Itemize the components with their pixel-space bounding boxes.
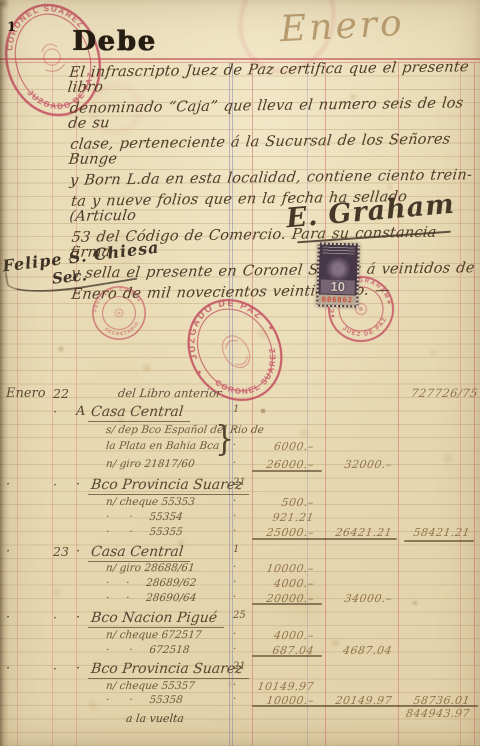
sum-line <box>252 603 322 605</box>
ledger-folio-ditto: · <box>233 511 236 522</box>
sum-line <box>252 705 478 707</box>
ledger-amount: 10000.– <box>249 562 315 575</box>
ledger-folio-ditto: · <box>233 458 236 469</box>
ledger-folio-ditto: · <box>233 629 236 640</box>
ledger-month: Enero <box>6 386 46 401</box>
ledger-page-scan: 1 Debe Enero El infrascripto Juez de Paz… <box>0 0 480 746</box>
ledger-month-ditto: · <box>6 661 10 676</box>
ledger-account-title: Casa Central <box>88 404 192 422</box>
ledger-description: · · 55355 <box>105 526 183 538</box>
ledger-description: · · 55358 <box>105 694 183 706</box>
ledger-row-detail: · · 55354 · 921.21 <box>0 511 480 527</box>
ledger-folio-ditto: · <box>233 694 236 705</box>
ledger-folio-ditto: · <box>233 644 236 655</box>
ledger-account-title: Casa Central <box>88 544 192 562</box>
ledger-folio: 1 <box>233 544 239 555</box>
ledger-prefix: · <box>76 610 80 625</box>
certificate-line: Enero de mil novecientos veinticuatro. — <box>71 281 480 302</box>
ledger-prefix: A <box>76 404 85 419</box>
ledger-description: · · 55354 <box>105 511 183 523</box>
ledger-description: del Libro anterior <box>117 386 222 400</box>
ledger-folio-ditto: · <box>233 680 236 691</box>
ledger-balance: 844943.97 <box>399 707 471 720</box>
ledger-folio: 21 <box>233 477 246 488</box>
ledger-description: la Plata en Bahia Bca <box>105 440 220 452</box>
ledger-day-ditto: · <box>53 477 57 492</box>
ledger-row-detail: · · 28690/64 · 20000.– 34000.– <box>0 592 480 608</box>
certificate-line: El infrascripto Juez de Paz certifica qu… <box>67 59 478 95</box>
ledger-description: · · 28690/64 <box>105 592 197 604</box>
ledger-amount: 921.21 <box>249 511 315 524</box>
foxing-stains <box>0 0 2 2</box>
ledger-month-ditto: · <box>6 544 10 559</box>
ledger-balance: 727726/75 <box>399 386 479 400</box>
ledger-folio: 21 <box>233 661 246 672</box>
ledger-row-detail: la Plata en Bahia Bca · 6000.– <box>0 440 480 456</box>
ledger-subtotal: 32000.– <box>325 458 393 471</box>
ledger-description: n/ cheque 55357 <box>105 680 195 692</box>
ledger-account-title: Bco Provincia Suarez <box>88 661 251 679</box>
ledger-row-detail: n/ giro 28688/61 · 10000.– <box>0 562 480 578</box>
revenue-stamp-fineprint <box>323 247 355 255</box>
ledger-row-detail: · · 28689/62 · 4000.– <box>0 577 480 593</box>
ledger-month-ditto: · <box>6 610 10 625</box>
ledger-row-detail: · · 672518 · 687.04 4687.04 <box>0 644 480 660</box>
revenue-stamp: 10 006062 <box>316 242 360 307</box>
ledger-amount: 4000.– <box>249 577 315 590</box>
ledger-amount: 500.– <box>249 496 315 509</box>
ledger-day-ditto: · <box>53 661 57 676</box>
ledger-row-account: · 23 · Casa Central 1 <box>0 544 480 560</box>
ledger-subtotal: 34000.– <box>325 592 393 605</box>
sum-line <box>252 538 397 540</box>
ledger-description: n/ giro 21817/60 <box>105 458 195 470</box>
ledger-row-account: · · · Bco Provincia Suarez 21 <box>0 661 480 677</box>
ledger-prefix: · <box>76 477 80 492</box>
ledger-row-detail: n/ cheque 55353 · 500.– <box>0 496 480 512</box>
ledger-row-account: · · · Bco Nacion Pigué 25 <box>0 610 480 626</box>
ledger-description: n/ cheque 55353 <box>105 496 195 508</box>
ledger-amount: 6000.– <box>249 440 315 453</box>
certificate-line: y Born L.da en esta localidad, contiene … <box>69 167 479 188</box>
ledger-prefix: · <box>76 661 80 676</box>
ledger-description: · · 28689/62 <box>105 577 197 589</box>
ledger-folio-ditto: · <box>233 577 236 588</box>
ledger-description: s/ dep Bco Español del Rio de <box>105 424 264 436</box>
ledger-description: · · 672518 <box>105 644 190 656</box>
ledger-account-title: Bco Provincia Suarez <box>88 477 251 495</box>
ledger-folio-ditto: · <box>233 440 236 451</box>
ledger-folio-ditto: · <box>233 526 236 537</box>
sum-line <box>252 655 322 657</box>
ledger-subtotal: 4687.04 <box>325 644 393 657</box>
ledger-month-ditto: · <box>6 477 10 492</box>
ledger-folio: 1 <box>233 404 239 415</box>
secretary-title: Sec. <box>51 266 87 288</box>
sum-line <box>404 540 474 542</box>
debit-header: Debe <box>72 26 157 57</box>
ledger-folio-ditto: · <box>233 592 236 603</box>
ledger-total: 58421.21 <box>399 526 471 539</box>
ledger-amount: 10149.97 <box>249 680 315 693</box>
ledger-row-account: · A Casa Central 1 <box>0 404 480 420</box>
revenue-value: 10 <box>319 280 357 295</box>
revenue-serial: 006062 <box>318 294 356 305</box>
ledger-row-detail: n/ cheque 672517 · 4000.– <box>0 629 480 645</box>
month-header: Enero <box>279 3 406 50</box>
ledger-row-carry-over: a la vuelta 844943.97 <box>0 707 480 723</box>
ledger-day-ditto: · <box>53 610 57 625</box>
certificate-line: denominado “Caja” que lleva el numero se… <box>67 95 478 131</box>
ledger-prefix: · <box>76 544 80 559</box>
ledger-row-account: · · · Bco Provincia Suarez 21 <box>0 477 480 493</box>
ledger-row-detail: n/ giro 21817/60 · 26000.– 32000.– <box>0 458 480 474</box>
sum-line <box>252 470 322 472</box>
ledger-description: a la vuelta <box>125 712 184 725</box>
page-number: 1 <box>7 20 16 35</box>
ledger-day: 23 <box>53 544 69 559</box>
ledger-folio-ditto: · <box>233 562 236 573</box>
ledger-account-title: Bco Nacion Pigué <box>88 610 226 628</box>
ledger-day: 22 <box>53 386 69 401</box>
ledger-day-ditto: · <box>53 404 57 419</box>
ledger-amount: 4000.– <box>249 629 315 642</box>
ledger-row-carry-forward: Enero 22 del Libro anterior 727726/75 <box>0 386 480 402</box>
ledger-description: n/ giro 28688/61 <box>105 562 195 574</box>
ledger-row-detail: s/ dep Bco Español del Rio de · <box>0 424 480 440</box>
ledger-folio: 25 <box>233 610 246 621</box>
ledger-folio-ditto: · <box>233 496 236 507</box>
ledger-description: n/ cheque 672517 <box>105 629 202 641</box>
certificate-line: clase, perteneciente á la Sucursal de lo… <box>68 131 479 167</box>
